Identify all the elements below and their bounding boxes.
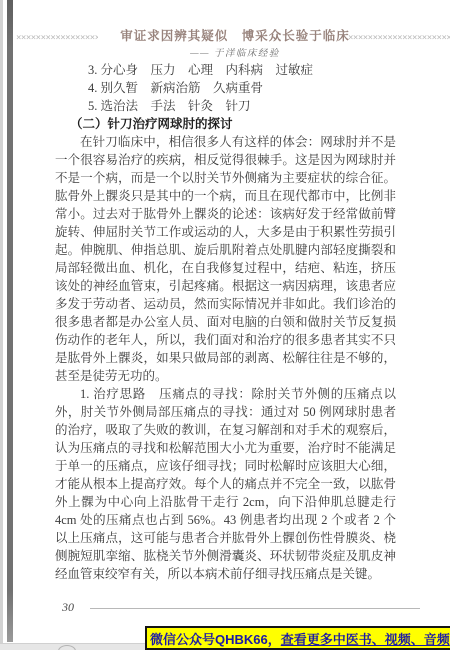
paragraph-line: 认为压痛点的寻找和松解范围大小尤为重要，治疗时不能满足 <box>55 439 396 457</box>
paragraph-2: 1. 治疗思路 压痛点的寻找：除肘关节外侧的压痛点以外，肘关节外侧局部压痛点的寻… <box>55 385 396 583</box>
paragraph-line: 一个很容易治疗的疾病，相反觉得很棘手。这是因为网球肘并 <box>55 151 396 169</box>
paragraph-line: 局部轻微出血、机化，在自我修复过程中，结疤、粘连，挤压 <box>55 259 396 277</box>
paragraph-line: 外，肘关节外侧局部压痛点的寻找：通过对 50 例网球肘患者 <box>55 403 396 421</box>
paragraph-line: 1. 治疗思路 压痛点的寻找：除肘关节外侧的压痛点以 <box>55 385 396 403</box>
banner-link-text: 查看更多中医书、视频、音频 <box>281 629 450 648</box>
paragraph-line: 该处的神经血管束，引起疼痛。根据这一病因病理，该患者应 <box>55 277 396 295</box>
paragraph-line: 不是一个病，而是一个以肘关节外侧痛为主要症状的综合征。 <box>55 169 396 187</box>
book-page: ××××××××××××××××××××××××××××××××××××××××… <box>0 0 450 650</box>
paragraph-line: 是肱骨外上髁炎，如果只做局部的剥离、松解往往是不够的， <box>55 349 396 367</box>
paragraph-1: 在针刀临床中，相信很多人有这样的体会：网球肘并不是一个很容易治疗的疾病，相反觉得… <box>55 133 396 385</box>
paragraph-line: 旋转、伸屈肘关节工作或运动的人，大多是由于积累性劳损引 <box>55 223 396 241</box>
page-number: 30 <box>62 600 74 615</box>
list-item: 5. 选治法 手法 针灸 针刀 <box>55 97 396 115</box>
wechat-promo-banner[interactable]: 微信公众号QHBK66，查看更多中医书、视频、音频 <box>145 626 450 650</box>
header-decoration-right: ×××××××××××××××××××××××××××××××××××××××× <box>348 32 450 44</box>
list-item: 4. 别久暂 新病治筋 久病重骨 <box>55 79 396 97</box>
list-item: 3. 分心身 压力 心理 内科病 过敏症 <box>55 61 396 79</box>
section-heading-text: （二）针刀治疗网球肘的探讨 <box>55 115 396 133</box>
paragraph-line: 伤动作的老年人，所以，我们面对和治疗的很多患者其实不只 <box>55 331 396 349</box>
paragraph-line: 甚至是徒劳无功的。 <box>55 367 396 385</box>
numbered-list: 3. 分心身 压力 心理 内科病 过敏症4. 别久暂 新病治筋 久病重骨5. 选… <box>55 61 396 115</box>
paragraph-line: 才能从根本上提高疗效。每个人的痛点并不完全一致，以肱骨 <box>55 475 396 493</box>
paragraph-line: 起。伸腕肌、伸指总肌、旋后肌附着点处肌腱内部轻度撕裂和 <box>55 241 396 259</box>
paragraph-line: 侧腕短肌挛缩、肱桡关节外侧滑囊炎、环状韧带炎症及肌皮神 <box>55 547 396 565</box>
paragraph-line: 多发于劳动者、运动员，然而实际情况并非如此。我们诊治的 <box>55 295 396 313</box>
paragraph-line: 肱骨外上髁炎只是其中的一个病，而且在现代都市中，比例非 <box>55 187 396 205</box>
paragraph-line: 常小。过去对于肱骨外上髁炎的论述：该病好发于经常做前臂 <box>55 205 396 223</box>
paragraph-line: 经血管束绞窄有关，所以本病术前仔细寻找压痛点是关键。 <box>55 565 396 583</box>
scan-artifact-circle <box>58 645 76 650</box>
footer-rule <box>90 608 420 609</box>
scan-edge-strip <box>0 0 3 650</box>
running-head-subtitle: —— 于洋临床经验 <box>20 45 450 59</box>
paragraph-line: 外上髁为中心向上沿肱骨干走行 2cm，向下沿伸肌总腱走行 <box>55 493 396 511</box>
paragraph-line: 在针刀临床中，相信很多人有这样的体会：网球肘并不是 <box>55 133 396 151</box>
section-heading: （二）针刀治疗网球肘的探讨 <box>55 115 396 133</box>
paragraph-line: 很多患者都是办公室人员、面对电脑的白领和做肘关节反复损 <box>55 313 396 331</box>
paragraph-line: 以上压痛点，这可能与患者合并肱骨外上髁创伤性骨膜炎、桡 <box>55 529 396 547</box>
book-spine-bar <box>7 0 13 642</box>
paragraph-line: 4cm 处的压痛点也占到 56%。43 例患者均出现 2 个或者 2 个 <box>55 511 396 529</box>
banner-account-text: 微信公众号QHBK66， <box>150 629 281 648</box>
body-text: 3. 分心身 压力 心理 内科病 过敏症4. 别久暂 新病治筋 久病重骨5. 选… <box>55 61 396 583</box>
paragraph-line: 的治疗，吸取了失败的教训，在复习解剖和对手术的观察后， <box>55 421 396 439</box>
paragraph-line: 于单一的压痛点，应该仔细寻找；同时松解时应该胆大心细， <box>55 457 396 475</box>
